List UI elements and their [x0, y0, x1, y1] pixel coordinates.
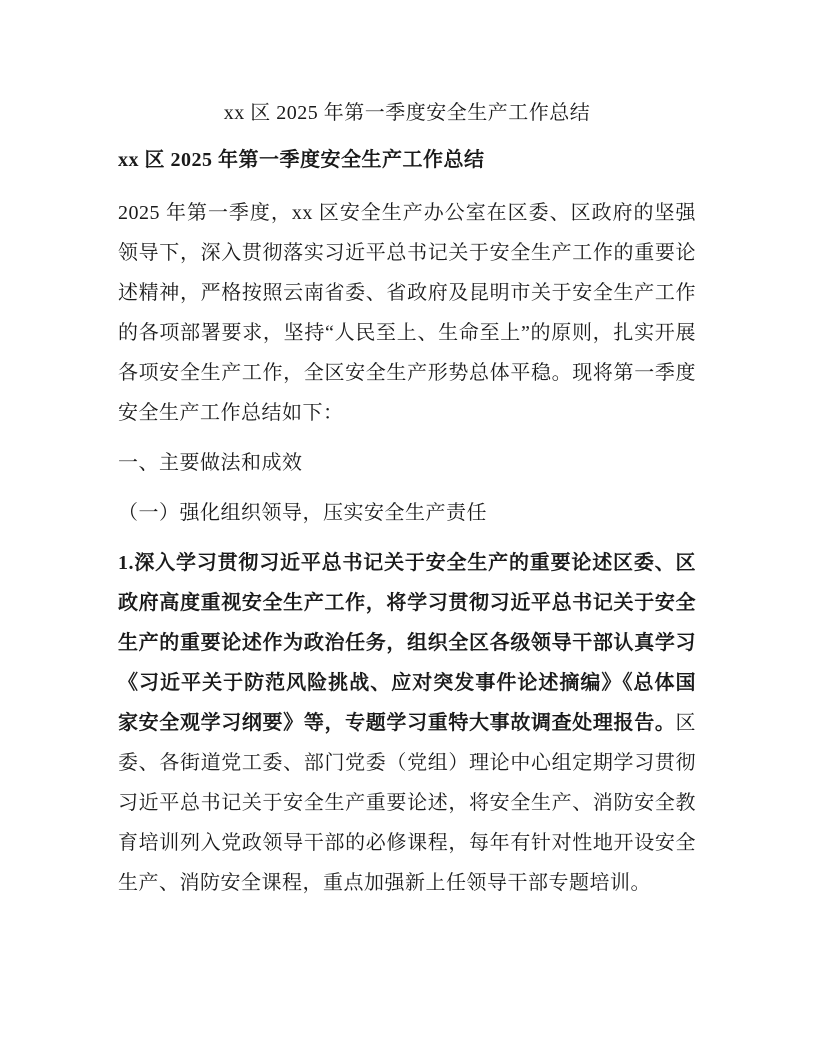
item-1-regular-text: 区委、各街道党工委、部门党委（党组）理论中心组定期学习贯彻习近平总书记关于安全生…	[118, 712, 696, 894]
document-title: xx 区 2025 年第一季度安全生产工作总结	[118, 93, 696, 133]
document-heading: xx 区 2025 年第一季度安全生产工作总结	[118, 140, 696, 180]
section-heading-1: 一、主要做法和成效	[118, 443, 696, 483]
item-paragraph-1: 1.深入学习贯彻习近平总书记关于安全生产的重要论述区委、区政府高度重视安全生产工…	[118, 543, 696, 903]
item-1-bold-text: 1.深入学习贯彻习近平总书记关于安全生产的重要论述区委、区政府高度重视安全生产工…	[118, 552, 696, 734]
subsection-heading-1: （一）强化组织领导，压实安全生产责任	[118, 493, 696, 533]
document-page: xx 区 2025 年第一季度安全生产工作总结 xx 区 2025 年第一季度安…	[0, 0, 816, 1056]
intro-paragraph: 2025 年第一季度，xx 区安全生产办公室在区委、区政府的坚强领导下，深入贯彻…	[118, 193, 696, 433]
